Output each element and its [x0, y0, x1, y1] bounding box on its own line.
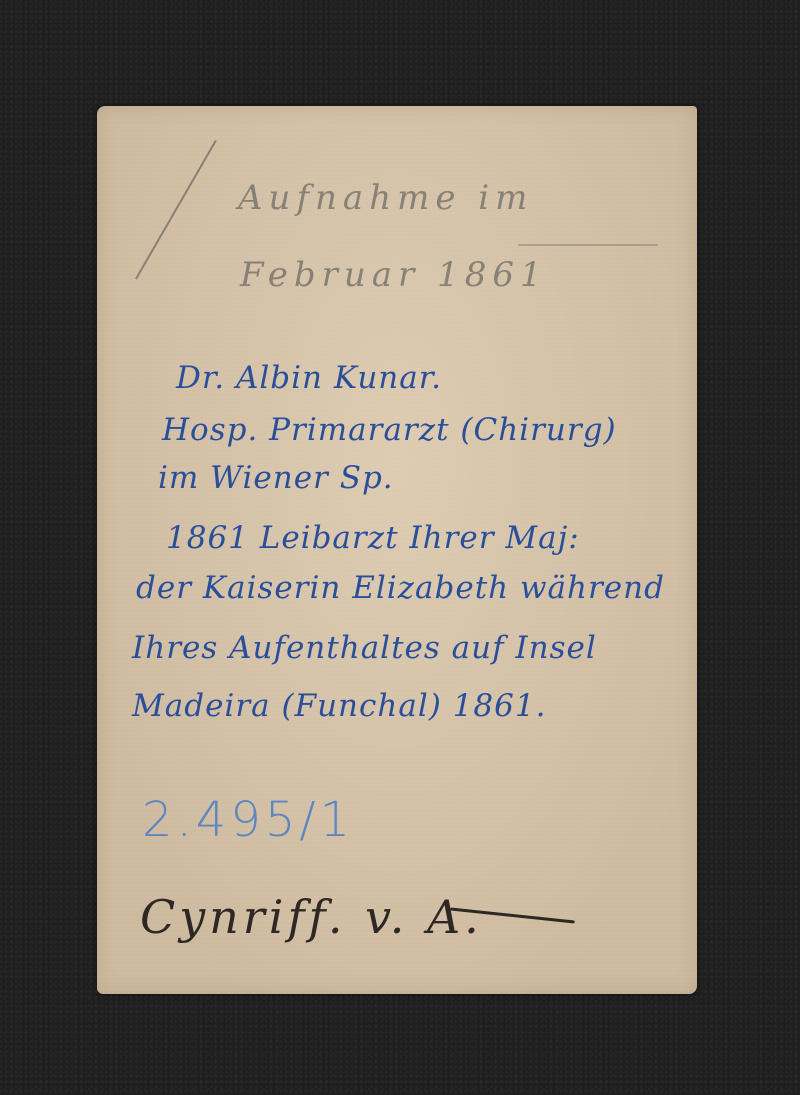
ink-line-3: im Wiener Sp. — [158, 460, 394, 496]
ink-line-2: Hosp. Primararzt (Chirurg) — [162, 412, 617, 448]
pencil-underline — [518, 244, 658, 246]
ink-line-5: der Kaiserin Elizabeth während — [136, 570, 665, 606]
pencil-note-line-1: Aufnahme im — [238, 178, 533, 218]
ink-line-4: 1861 Leibarzt Ihrer Maj: — [166, 520, 580, 556]
inventory-number: 2.495/1 — [142, 792, 354, 848]
ink-line-6: Ihres Aufenthaltes auf Insel — [132, 630, 597, 666]
pencil-note-line-2: Februar 1861 — [240, 255, 548, 295]
ink-line-1: Dr. Albin Kunar. — [176, 360, 442, 396]
signature: Cynriff. v. A. — [140, 890, 483, 944]
ink-line-7: Madeira (Funchal) 1861. — [132, 688, 546, 724]
